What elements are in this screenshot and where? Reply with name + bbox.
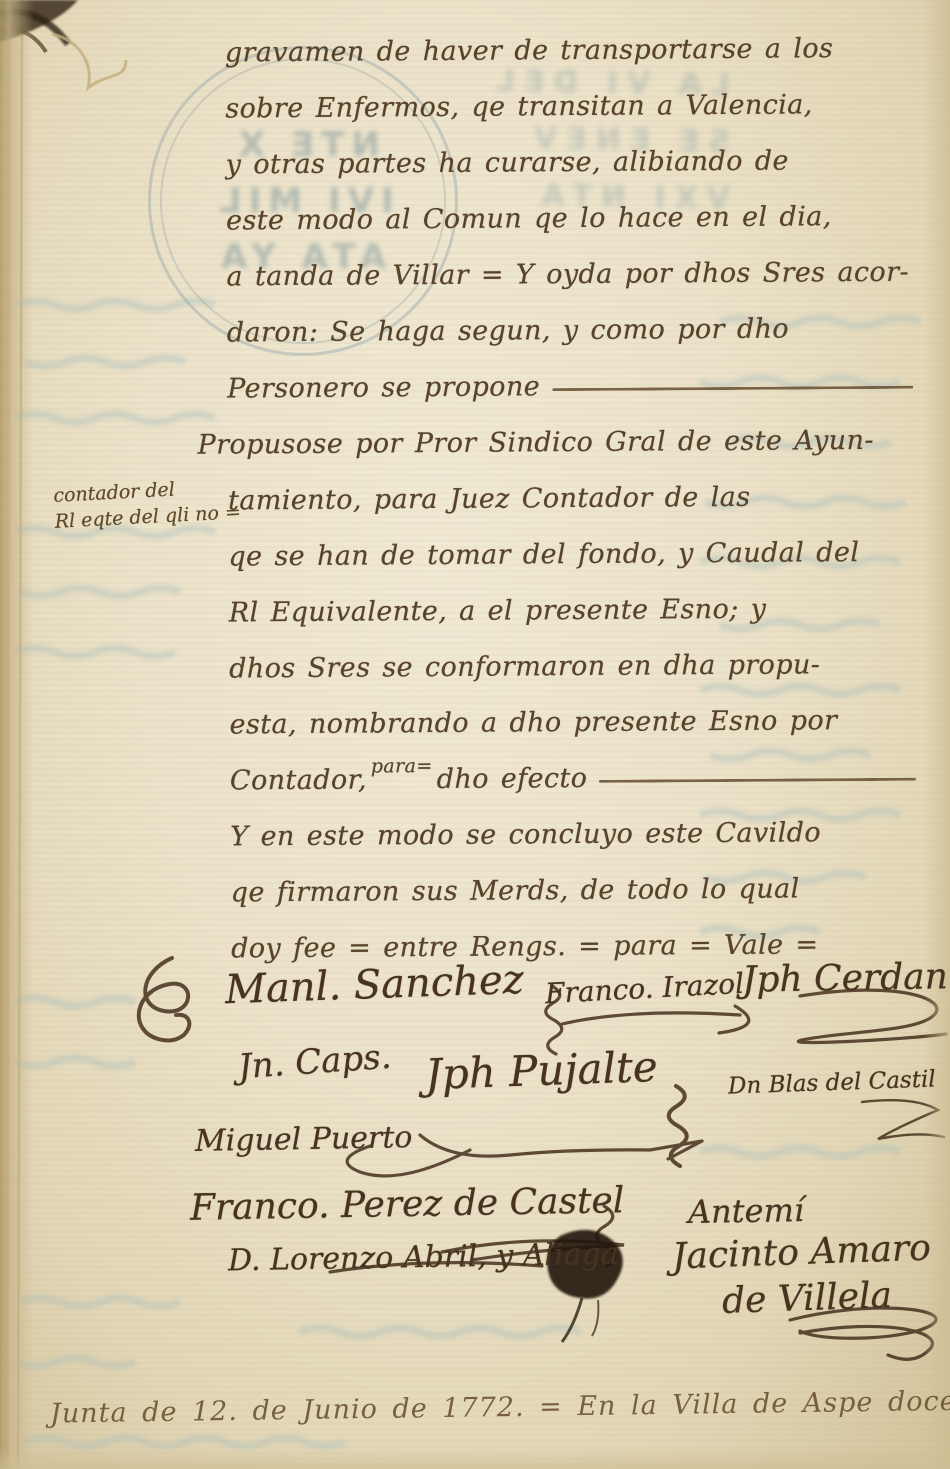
text-line-with-insertion: Contador,para=dho efecto [230, 748, 930, 809]
manuscript-body-text: gravamen de haver de transportarse a los… [225, 20, 932, 977]
text-line: qe firmaron sus Merds, de todo lo qual [231, 860, 931, 921]
interlinear-insertion: para= [371, 755, 433, 777]
footer-date-line: Junta de 12. de Junio de 1772. = En la V… [50, 1386, 950, 1430]
signature: Jph Pujalte [424, 1042, 658, 1099]
text-line: Rl Equivalente, a el presente Esno; y [229, 580, 929, 641]
signature: Dn Blas del Castil [728, 1066, 936, 1099]
text-line: este modo al Comun qe lo hace en el dia, [226, 188, 926, 249]
signature: de Villela [721, 1275, 892, 1322]
signature: Jn. Caps. [237, 1037, 393, 1088]
attestation-antemi: Antemí [688, 1191, 805, 1231]
closing-rule [552, 385, 913, 391]
text-line: daron: Se haga segun, y como por dho [227, 300, 927, 361]
signature: Manl. Sanchez [224, 957, 524, 1013]
text-line: esta, nombrando a dho presente Esno por [229, 692, 929, 753]
text-line: a tanda de Villar = Y oyda por dhos Sres… [226, 244, 926, 305]
text-line: Propusose por Pror Sindico Gral de este … [197, 412, 927, 473]
text-line: Y en este modo se concluyo este Cavildo [230, 804, 930, 865]
text-line: dhos Sres se conformaron en dha propu- [229, 636, 929, 697]
text-line: y otras partes ha curarse, alibiando de [225, 132, 925, 193]
signature: Jacinto Amaro [671, 1227, 931, 1277]
text-line: tamiento, para Juez Contador de las [228, 468, 928, 529]
signature: Franco. Perez de Castel [190, 1180, 625, 1229]
text-line: Personero se propone [227, 356, 927, 417]
text-line: sobre Enfermos, qe transitan a Valencia, [225, 76, 925, 137]
page-left-edge [0, 0, 34, 1469]
text-line: qe se han de tomar del fondo, y Caudal d… [228, 524, 928, 585]
closing-rule [599, 777, 916, 782]
signature: D. Lorenzo Abril, y Aliaga [228, 1237, 619, 1279]
page-bottom-edge [0, 1447, 950, 1469]
manuscript-page: NTE X IVI MIL ATA YA LA VI DEL SE ENEV V… [0, 0, 950, 1469]
text-line: gravamen de haver de transportarse a los [225, 20, 925, 81]
margin-note: contador del Rl eqte del qli no = [53, 473, 242, 535]
signature: Miguel Puerto [195, 1120, 413, 1159]
signature: Jph Cerdan [742, 956, 949, 1001]
